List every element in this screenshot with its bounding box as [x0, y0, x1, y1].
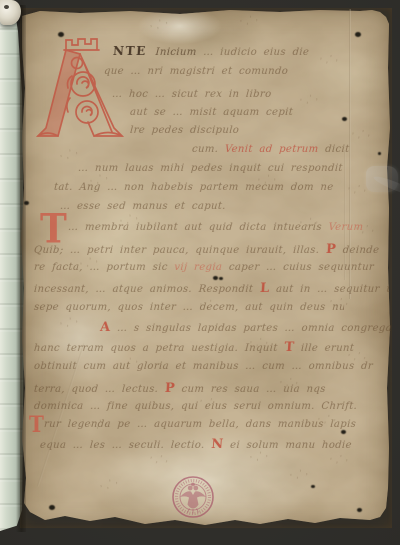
faded-ink-text: lre pedes discipulo — [130, 125, 240, 136]
faded-ink-text: terra, quod … lectus. — [34, 384, 166, 395]
wormhole — [378, 152, 381, 155]
faded-ink-text: aut se … misit aquam cepit — [130, 107, 294, 118]
faded-ink-text: … iudicio eius die — [196, 47, 309, 58]
manuscript-line: … hoc … sicut rex in libro — [112, 89, 383, 100]
manuscript-line: … num lauas mihi pedes inquit cui respon… — [78, 163, 379, 174]
rubric-text: Venit ad petrum — [225, 144, 319, 155]
faded-ink-text: NTE — [113, 44, 157, 58]
manuscript-line: incessant, … atque animos. Respondit L a… — [33, 281, 390, 296]
manuscript-line: Quib; … petri inter pauca, quinque iurau… — [33, 242, 390, 257]
faded-ink-text: re facta, … portum sic — [34, 262, 175, 273]
manuscript-line: cum. Venit ad petrum dicit — [192, 144, 389, 155]
faded-ink-text: dominica … fine quibus, qui eius serui o… — [34, 401, 358, 412]
manuscript-line: obtinuit cum aut gloria et manibus … cum… — [34, 361, 385, 372]
clasp-speck — [4, 5, 9, 9]
illuminated-initial-A — [36, 36, 124, 140]
faded-ink-text: deinde — [336, 245, 380, 256]
manuscript-line: tat. Ang … non habebis partem mecum dom … — [54, 182, 381, 193]
manuscript-line: A … s singulas lapidas partes … omnia co… — [99, 320, 392, 335]
rubric-text: N — [211, 437, 224, 452]
faded-ink-text: hanc terram quos a petra uestigia. Inqui… — [34, 343, 285, 354]
faded-ink-text: que … nri magistri et comundo — [104, 66, 289, 77]
rubric-text: vij regia — [174, 262, 223, 273]
faded-ink-text: Quib; … petri inter pauca, quinque iurau… — [34, 245, 327, 256]
faded-ink-text: … membra iubilant aut quid dicta intuear… — [68, 222, 329, 233]
rubric-initial-T: T — [29, 411, 44, 438]
manuscript-line: equa … les … seculi. lectio. N ei solum … — [39, 437, 370, 452]
manuscript-line: que … nri magistri et comundo — [104, 66, 383, 77]
manuscript-photo: NTE Inicium … iudicio eius dieque … nri … — [0, 0, 400, 545]
manuscript-line: hanc terram quos a petra uestigia. Inqui… — [33, 340, 390, 355]
manuscript-line: terra, quod … lectus. P cum res saua … u… — [33, 381, 384, 396]
faded-ink-text: … esse sed manus et caput. — [60, 201, 227, 212]
faded-ink-text: aut in … sequitur ursus — [269, 284, 390, 295]
ink-offset-marks: ’ ‚ ʼ , — [200, 397, 219, 408]
faded-ink-text: sepe quorum, quos inter … decem, aut qui… — [34, 302, 345, 313]
faded-ink-text: ille erunt — [294, 343, 355, 354]
faded-ink-text: … num lauas mihi pedes inquit cui respon… — [78, 163, 344, 174]
faded-ink-text: cum res saua … uia nqs — [175, 384, 326, 395]
library-stamp — [171, 475, 215, 519]
faded-ink-text: incessant, … atque animos. Respondit — [34, 284, 261, 295]
manuscript-line: … membra iubilant aut quid dicta intuear… — [68, 222, 391, 233]
ink-offset-marks: ’ ‚ ʼ , — [150, 454, 169, 465]
manuscript-line: … esse sed manus et caput. — [60, 201, 271, 212]
faded-ink-text: … s singulas lapidas partes … omnia cong… — [110, 323, 392, 334]
faded-ink-text: ei solum manu hodie — [223, 440, 352, 451]
manuscript-line: sepe quorum, quos inter … decem, aut qui… — [34, 302, 345, 313]
faded-ink-text: dicit — [318, 144, 350, 155]
faded-ink-text: obtinuit cum aut gloria et manibus … cum… — [34, 361, 374, 372]
faded-ink-text: equa … les … seculi. lectio. — [40, 440, 212, 451]
faded-ink-text: caper … cuius sequuntur — [222, 262, 375, 273]
faded-ink-text: Inicium — [155, 47, 197, 58]
rubric-initial-T: T — [40, 205, 67, 252]
manuscript-line: lre pedes discipulo — [130, 125, 301, 136]
faded-ink-text: cum. — [192, 144, 226, 155]
faded-ink-text: … hoc … sicut rex in libro — [112, 89, 272, 100]
gutter-shadow — [16, 5, 26, 532]
